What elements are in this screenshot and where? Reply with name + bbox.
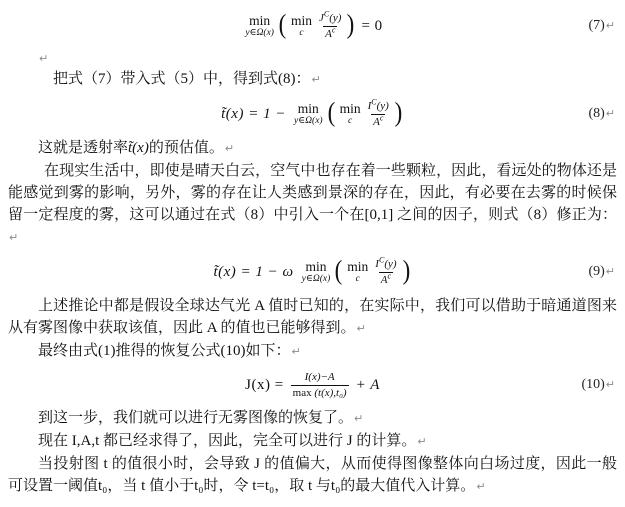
min-subscript: y∈Ω(x): [245, 29, 274, 39]
paragraph-mark: ↵: [225, 142, 234, 155]
paragraph: 上述推论中都是假设全球达气光 A 值时已知的，在实际中，我们可以借助于暗通道图来…: [8, 295, 617, 340]
paragraph-text: 在现实生活中，即使是晴天白云，空气中也存在着一些颗粒，因此，看远处的物体还是能感…: [8, 163, 617, 223]
min-subscript: c: [299, 29, 303, 39]
min-subscript: c: [356, 275, 360, 285]
denominator-base: A: [373, 116, 380, 128]
paragraph-mark: ↵: [606, 265, 615, 278]
equation-number: (7)↵: [588, 15, 615, 37]
equation-number-label: (10): [581, 377, 604, 392]
paragraph: 最终由式(1)推得的恢复公式(10)如下：↵: [8, 340, 617, 363]
paragraph: 在现实生活中，即使是晴天白云，空气中也存在着一些颗粒，因此，看远处的物体还是能感…: [8, 160, 617, 249]
paragraph-mark: ↵: [606, 107, 615, 120]
min-operator-outer: min y∈Ω(x): [245, 14, 274, 38]
close-paren: ): [402, 257, 410, 288]
open-paren: (: [327, 99, 335, 130]
equation-10: J(x) = I(x)−A max (t(x),t₀) + A (10)↵: [8, 363, 617, 407]
min-label: min: [347, 260, 368, 274]
paragraph-mark: ↵: [312, 73, 321, 86]
paragraph-text: 当投射图 t 的值很小时，会导致 J 的值偏大，从而使得图像整体向白场过度，因此…: [8, 456, 617, 494]
equation-tail: + A: [356, 374, 380, 396]
paragraph-mark: ↵: [357, 322, 366, 335]
fraction: I(x)−A max (t(x),t₀): [291, 372, 349, 399]
paragraph-mark: ↵: [417, 435, 426, 448]
fraction-denominator: Ac: [323, 26, 337, 40]
equation-8: t̃(x) = 1 − min y∈Ω(x) ( min c IC(y) Ac …: [8, 91, 617, 137]
equation-8-body: t̃(x) = 1 − min y∈Ω(x) ( min c IC(y) Ac …: [221, 99, 404, 130]
paragraph-text: 到这一步，我们就可以进行无雾图像的恢复了。: [38, 410, 353, 426]
fraction-denominator: Ac: [379, 272, 393, 286]
fraction-numerator: JC(y): [317, 13, 343, 26]
denominator-superscript: c: [388, 271, 392, 280]
inline-math: t̃(x): [128, 140, 149, 156]
min-operator-inner: min c: [347, 260, 368, 284]
paragraph: 现在 I,A,t 都已经求得了，因此，完全可以进行 J 的计算。↵: [8, 430, 617, 453]
min-subscript: y∈Ω(x): [294, 117, 323, 127]
close-paren: ): [347, 11, 355, 42]
paragraph: 这就是透射率t̃(x)的预估值。↵: [8, 137, 617, 160]
paragraph-mark: ↵: [606, 19, 615, 32]
numerator-argument: (y): [329, 12, 341, 24]
equation-number: (8)↵: [588, 103, 615, 125]
paragraph-text: 这就是透射率: [38, 140, 128, 156]
min-operator-inner: min c: [340, 102, 361, 126]
paragraph-mark: ↵: [354, 412, 363, 425]
min-operator-inner: min c: [291, 14, 312, 38]
equation-number: (10)↵: [581, 374, 615, 396]
max-argument: (t(x),t₀): [312, 387, 347, 399]
paragraph: 到这一步，我们就可以进行无雾图像的恢复了。↵: [8, 407, 617, 430]
max-operator: max: [293, 387, 312, 399]
fraction: IC(y) Ac: [366, 101, 391, 128]
min-subscript: c: [348, 117, 352, 127]
equation-7: min y∈Ω(x) ( min c JC(y) Ac ) = 0 (7)↵: [8, 4, 617, 48]
fraction: IC(y) Ac: [373, 259, 398, 286]
equation-10-body: J(x) = I(x)−A max (t(x),t₀) + A: [245, 372, 380, 399]
paragraph-text: 上述推论中都是假设全球达气光 A 值时已知的，在实际中，我们可以借助于暗通道图来…: [8, 298, 617, 336]
equation-number-label: (9): [588, 264, 604, 279]
equation-9: t̃(x) = 1 − ω min y∈Ω(x) ( min c IC(y) A…: [8, 249, 617, 295]
fraction-denominator: max (t(x),t₀): [291, 385, 349, 399]
document-page: min y∈Ω(x) ( min c JC(y) Ac ) = 0 (7)↵ ↵…: [0, 0, 625, 507]
equation-pre: J(x) =: [245, 374, 284, 396]
fraction-numerator: IC(y): [366, 101, 391, 114]
denominator-superscript: c: [380, 113, 384, 122]
equation-pre: t̃(x) = 1 −: [221, 103, 286, 125]
min-label: min: [291, 14, 312, 28]
paragraph-mark: ↵: [291, 345, 300, 358]
equation-number-label: (7): [588, 18, 604, 33]
paragraph-text: 的预估值。: [149, 140, 224, 156]
open-paren: (: [279, 11, 287, 42]
paragraph-mark: ↵: [9, 231, 18, 244]
numerator-argument: (y): [384, 258, 396, 270]
min-label: min: [298, 102, 319, 116]
close-paren: ): [395, 99, 403, 130]
min-subscript: y∈Ω(x): [302, 275, 331, 285]
numerator-argument: (y): [377, 100, 389, 112]
denominator-base: A: [381, 274, 388, 286]
paragraph: 把式（7）带入式（5）中，得到式(8)：↵: [8, 68, 617, 91]
paragraph-text: 把式（7）带入式（5）中，得到式(8)：: [53, 71, 311, 87]
denominator-superscript: c: [332, 25, 336, 34]
denominator-base: A: [325, 28, 332, 40]
paragraph-text: 最终由式(1)推得的恢复公式(10)如下：: [38, 343, 290, 359]
equation-pre: t̃(x) = 1 − ω: [213, 261, 293, 283]
fraction-denominator: Ac: [371, 114, 385, 128]
paragraph-mark: ↵: [476, 480, 485, 493]
min-label: min: [305, 260, 326, 274]
min-label: min: [249, 14, 270, 28]
open-paren: (: [335, 257, 343, 288]
min-label: min: [340, 102, 361, 116]
equation-9-body: t̃(x) = 1 − ω min y∈Ω(x) ( min c IC(y) A…: [213, 257, 411, 288]
fraction-numerator: IC(y): [373, 259, 398, 272]
paragraph-mark: ↵: [39, 52, 48, 65]
fraction: JC(y) Ac: [317, 13, 343, 40]
min-operator-outer: min y∈Ω(x): [294, 102, 323, 126]
equation-number: (9)↵: [588, 261, 615, 283]
equation-7-body: min y∈Ω(x) ( min c JC(y) Ac ) = 0: [242, 11, 382, 42]
fraction-numerator: I(x)−A: [303, 372, 337, 385]
paragraph-mark: ↵: [606, 378, 615, 391]
min-operator-outer: min y∈Ω(x): [302, 260, 331, 284]
equation-number-label: (8): [588, 106, 604, 121]
paragraph-text: 现在 I,A,t 都已经求得了，因此，完全可以进行 J 的计算。: [38, 433, 416, 449]
paragraph: 当投射图 t 的值很小时，会导致 J 的值偏大，从而使得图像整体向白场过度，因此…: [8, 453, 617, 498]
equation-tail: = 0: [361, 15, 382, 37]
empty-paragraph: ↵: [8, 48, 617, 68]
